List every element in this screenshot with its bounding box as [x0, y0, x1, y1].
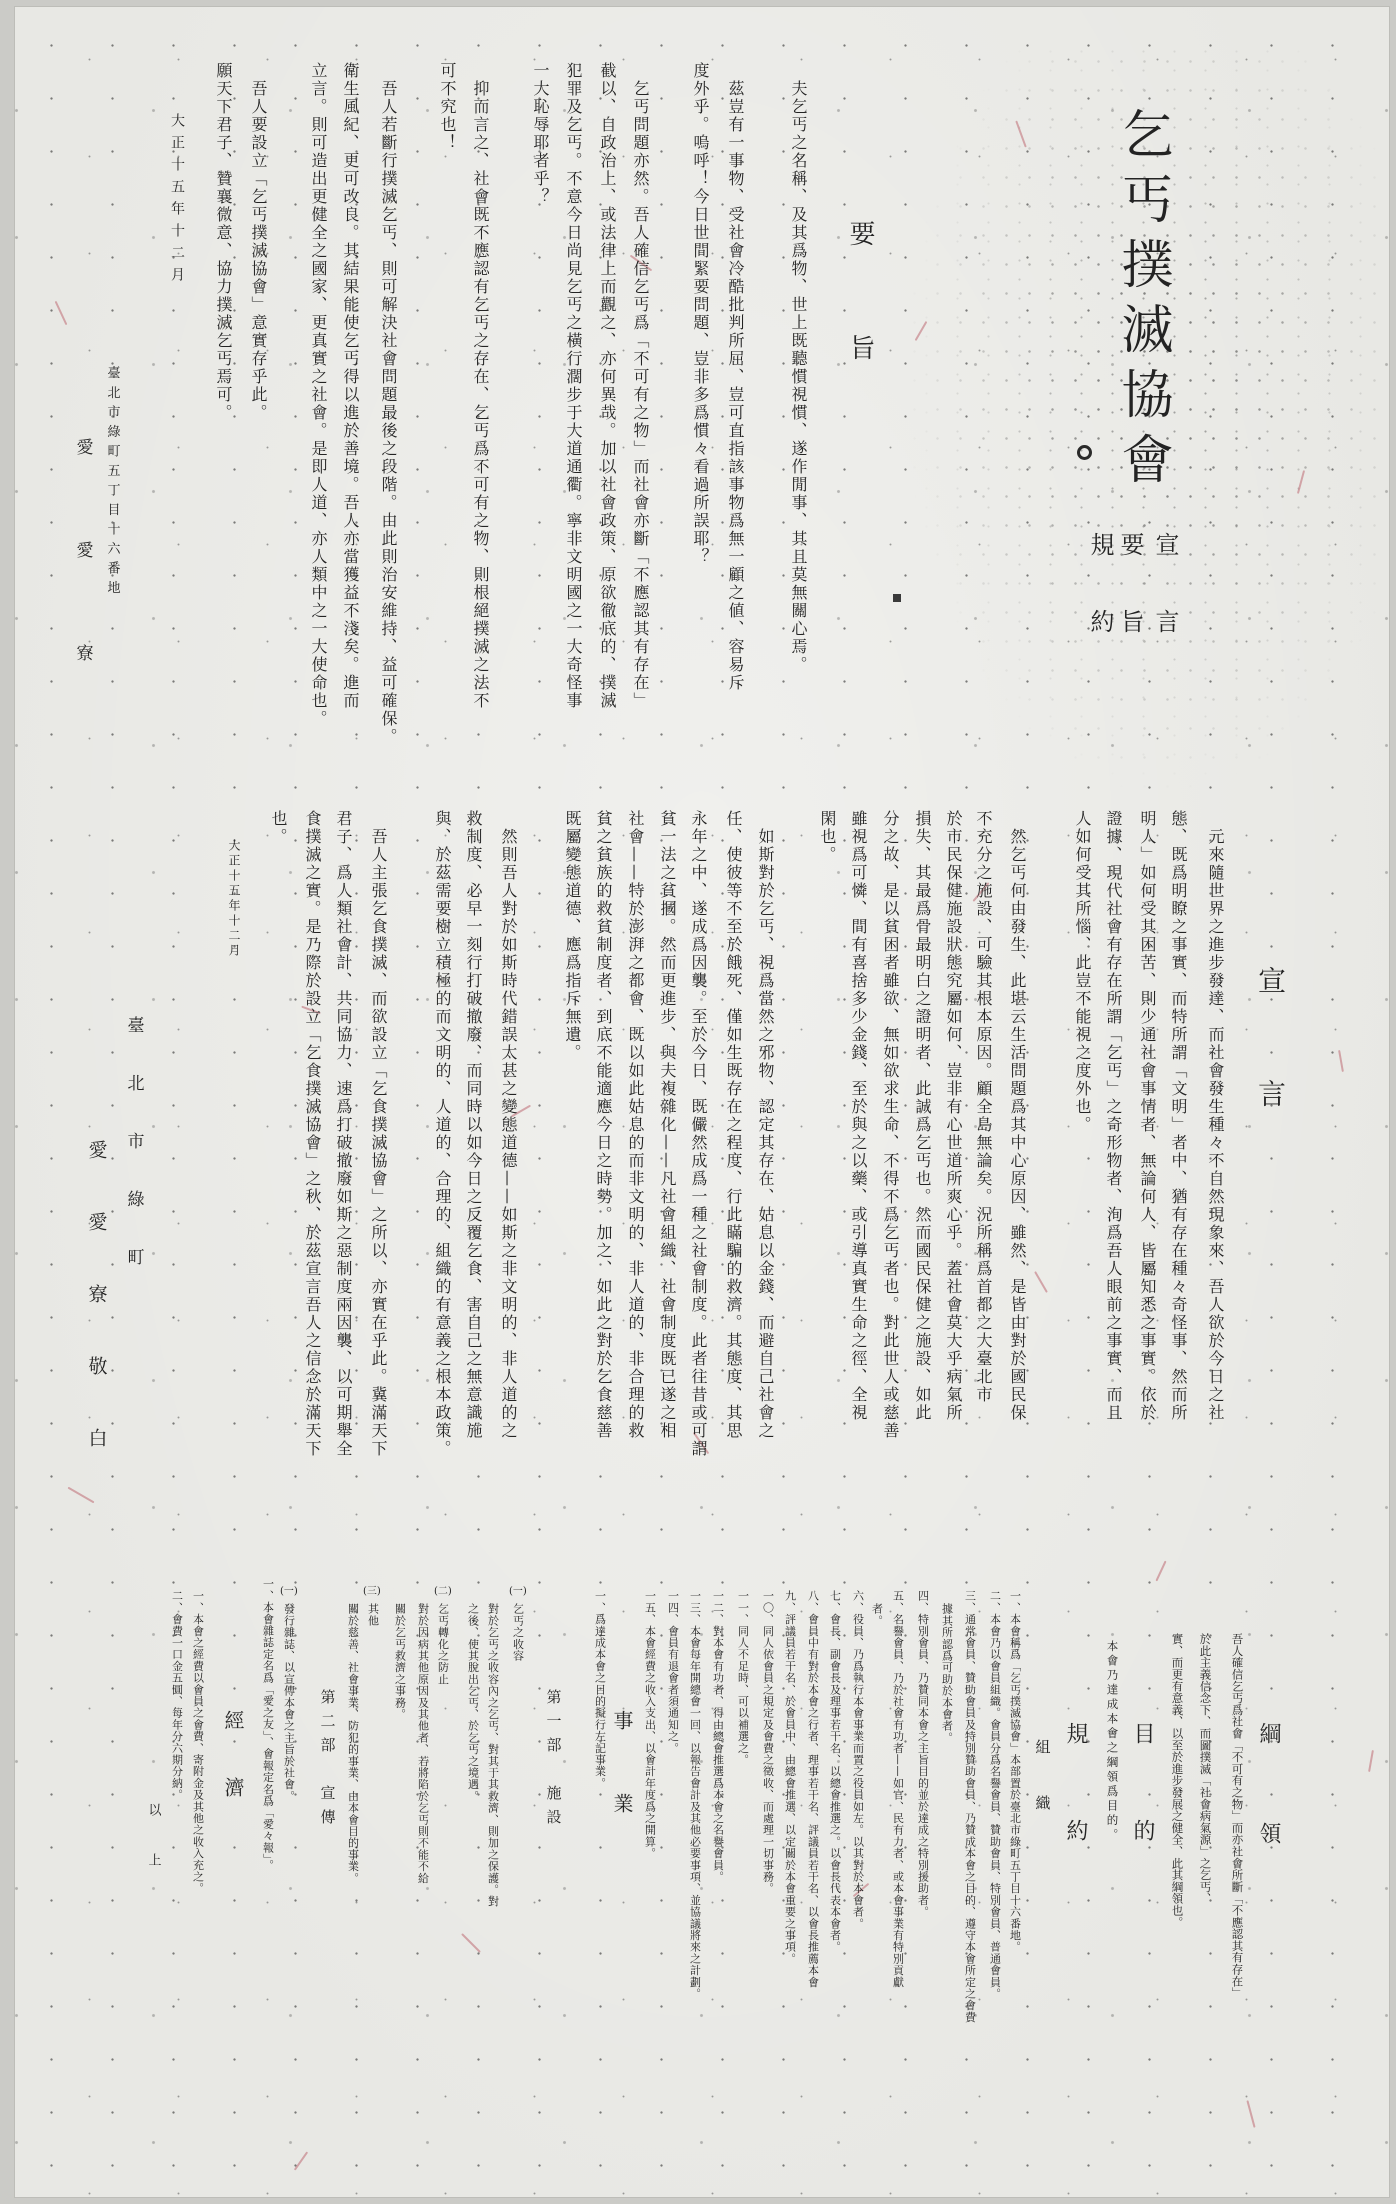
- print-mark: [893, 594, 901, 602]
- declaration-column: 閑也。: [819, 810, 835, 864]
- finance-item: 一、本會之經費以會員之會費、寄附金及其他之收入充之。: [193, 1590, 204, 1894]
- declaration-column: 貧之貧族的救貧制度者、到底不能適應今日之時勢。加之、如此之對於乞食慈善: [595, 810, 611, 1440]
- declaration-column: 任、使彼等不至於餓死、僅如生既存在之程度、行此瞞騙的救濟。其態度、其思: [725, 810, 741, 1440]
- declaration-column: 證據、現代社會有存在所謂「乞丐」之奇形物者、洵爲吾人眼前之事實、而且: [1105, 810, 1121, 1422]
- summary-date: 大正十五年十二月: [170, 113, 184, 289]
- declaration-signature: 愛愛寮敬白: [87, 1140, 106, 1500]
- declaration-column: 吾人主張乞食撲滅、而欲設立「乞食撲滅協會」之所以、亦實在乎此。冀滿天下: [370, 828, 386, 1458]
- bylaw-item: 一五、本會經費之收入支出、以會計年度爲之開算。: [645, 1590, 656, 1859]
- bylaw-item: 七、會長、副會長及理事若干名、以總會推選之。以會長代表本會者。: [830, 1590, 841, 1953]
- bylaw-item: 者。: [872, 1603, 883, 1626]
- principles-heading: 綱領: [1257, 1722, 1279, 1922]
- summary-column: 可不究也！: [439, 62, 455, 152]
- business-item-text: 對於乞丐之收容內之乞丐、對其于其救濟、則加之保護。對: [488, 1603, 499, 1907]
- declaration-column: 雖視爲可憐、間有喜捨多少金錢、至於與之以藥、或引導真實生命之徑、全視: [850, 810, 866, 1422]
- declaration-column: 如斯對於乞丐、視爲當然之邪物、認定其存在、姑息以金錢、而避自己社會之: [757, 828, 773, 1440]
- business-item-label: (三): [363, 1587, 381, 1597]
- contents-item-summary: 要旨: [1118, 532, 1142, 686]
- business-item-text: 對於因病其他原因及其他者、若將陷於乞丐則不能不給: [418, 1603, 429, 1884]
- declaration-column: 社會——特於澎湃之都會、既以如此姑息的而非文明的、非人道的、非合理的救: [627, 810, 643, 1440]
- declaration-column: 永年之中、遂成爲因襲。至於今日、既儼然成爲一種之社會制度。此者往昔或可謂: [690, 810, 706, 1458]
- declaration-column: 分之故、是以貧困者雖欲、無如欲求生命、不得不爲乞丐者也。對此世人或慈善: [882, 810, 898, 1440]
- declaration-column: 然則吾人對於如斯時代錯誤太甚之變態道德——如斯之非文明的、非人道的之: [500, 828, 516, 1440]
- declaration-column: 損失、其最爲骨最明白之證明者、此誠爲乞丐也。然而國民保健之施設、如此: [914, 810, 930, 1422]
- contents-item-regulations: 規約: [1088, 532, 1112, 686]
- summary-column: 一大恥辱耶者乎？: [532, 62, 548, 206]
- declaration-column: 與、於茲需要樹立積極的而文明的、人道的、合理的、組織的有意義之根本政策。: [434, 810, 450, 1458]
- summary-column: 吾人要設立「乞丐撲滅協會」意實存乎此。: [250, 80, 266, 422]
- purpose-heading: 目的: [1131, 1722, 1153, 1916]
- bylaw-item: 一一、同人不足時、可以補選之。: [738, 1590, 749, 1766]
- business-part1-heading: 第一部 施設: [546, 1689, 561, 1833]
- summary-column: 乞丐問題亦然。吾人確信乞丐爲「不可有之物」而社會亦斷「不應認其有存在」: [632, 80, 648, 710]
- business-item-label: (一): [280, 1587, 298, 1597]
- bylaw-item: 一、本會稱爲「乞丐撲滅協會」本部置於臺北市綠町五丁目十六番地。: [1010, 1590, 1021, 1953]
- business-intro: 一、爲達成本會之目的擬行左記事業。: [595, 1590, 606, 1789]
- summary-column: 度外乎。嗚呼！今日世間緊要問題、豈非多爲慣々看過所誤耶？: [692, 62, 708, 566]
- declaration-column: 食撲滅之實。是乃際於設立「乞食撲滅協會」之秋、於茲宣言吾人之信念於滿天下: [304, 810, 320, 1458]
- business-item-text: 關於慈善、社會事業、防犯的事業、由本會目的事業。: [348, 1603, 359, 1884]
- purpose-column: 本會乃達成本會之綱領爲目的。: [1106, 1640, 1118, 1843]
- bylaws-heading: 規約: [1064, 1722, 1086, 1916]
- bylaw-item: 據其所認爲可助於本會者。: [942, 1603, 953, 1743]
- bylaw-item: 三、通常會員、贊助會員及特別贊助會員、乃贊成本會之目的、遵守本會所定之會費: [965, 1590, 976, 2023]
- business-item-title: 乞丐之收容: [513, 1603, 524, 1662]
- summary-heading: 要旨: [847, 220, 873, 448]
- declaration-column: 明人」如何受其困苦、則少通社會事情者、無論何人、皆屬知悉之事實。依於: [1139, 810, 1155, 1422]
- summary-column: 立言。則可造出更健全之國家、更真實之社會。是即人道、亦人類中之一大使命也。: [310, 62, 326, 728]
- declaration-column: 君子、爲人類社會計、共同協力、速爲打破撤廢如斯之惡制度兩因襲、以可期舉全: [335, 810, 351, 1458]
- bylaw-item: 九、評議員若干名、於會員中、由總會推選、以定關於本會重要之事項。: [785, 1590, 796, 1964]
- business-heading: 事業: [612, 1710, 632, 1876]
- declaration-column: 然乞丐何由發生、此堪云生活問題爲其中心原因、雖然、是皆由對於國民保: [1009, 828, 1025, 1422]
- business-item-text: 發行雜誌、以宣傳本會之主旨於社會。: [284, 1603, 295, 1802]
- business-item-text: 之後、使其脫出乞丐、於乞丐之境遇。: [468, 1603, 479, 1802]
- bylaw-item: 八、會員中有對於本會之行者、理事若干名、評議員若干名、以會長推薦本會: [808, 1590, 819, 1988]
- bylaw-item: 五、名譽會員、乃於社會有功者——如官、民有力者、或本會事業有特別貢獻: [893, 1590, 904, 1988]
- principles-column: 吾人確信乞丐爲社會「不可有之物」而亦社會所斷「不應認其有存在」: [1231, 1633, 1243, 1999]
- business-item-label: (一): [509, 1587, 527, 1597]
- summary-column: 抑而言之、社會既不應認有乞丐之存在、乞丐爲不可有之物、則根絕撲滅之法不: [472, 80, 488, 710]
- contents-item-declaration: 宣言: [1153, 532, 1177, 686]
- business-part2-heading: 第二部 宣傳: [320, 1689, 335, 1833]
- declaration-column: 元來隨世界之進步發達、而社會發生種々不自然現象來、吾人欲於今日之社: [1207, 828, 1223, 1422]
- bylaw-item: 一〇、同人依會員之規定及會費之徵收、而處理一切事務。: [763, 1590, 774, 1894]
- summary-column: 犯罪及乞丐。不意今日尚見乞丐之橫行濶步于大道通衢。寧非文明國之一大奇怪事: [565, 62, 581, 710]
- finance-heading: 經濟: [223, 1710, 243, 1844]
- document-title: 乞丐撲滅協會: [1116, 107, 1168, 497]
- declaration-column: 於市民保健施設狀態究屬如何、豈非有心世道所爽心乎。蓋社會莫大乎病氣所: [945, 810, 961, 1422]
- bylaw-item: 六、役員、乃爲執行本會事業而置之役員如左。以其對於本會者。: [853, 1590, 864, 1929]
- summary-column: 截以、自政治上、或法律上而觀之、亦何異哉。加以社會政策、原欲徹底的、撲滅: [599, 62, 615, 710]
- declaration-address: 臺北市綠町: [125, 1016, 142, 1306]
- business-item-text: 關於乞丐救濟之事務。: [395, 1603, 406, 1720]
- declaration-column: 態、既爲明瞭之事實、而特所謂「文明」者中、猶有存在種々奇怪事、然而所: [1170, 810, 1186, 1422]
- bylaw-item: 一二、對本會有功者、得由總會推選爲本會之名譽會員。: [713, 1590, 724, 1883]
- summary-column: 茲豈有一事物、受社會冷酷批判所屈、豈可直指該事物爲無一顧之値、容易斥: [727, 80, 743, 692]
- organization-heading: 組織: [1035, 1739, 1050, 1851]
- declaration-heading: 宣言: [1256, 966, 1284, 1192]
- business-item-title: 其他: [368, 1603, 379, 1626]
- summary-issuer: 愛愛寮: [74, 438, 91, 747]
- business-part2-note: 一、本會雜誌定名爲「愛之友」、會報定名爲「愛々報」。: [263, 1578, 274, 1871]
- principles-column: 於此主義信念下、而圖撲滅「社會病氣源」之乞丐、: [1199, 1633, 1211, 1904]
- declaration-column: 救制度、必早一刻行打破撤廢、而同時以如今日之反覆乞食、害自己之無意識施: [465, 810, 481, 1440]
- bylaw-item: 一四、會員有退會者須通知之。: [668, 1590, 679, 1754]
- declaration-column: 貧一法之貧摑。然而更進步、與夫複雜化——凡社會組織、社會制度既已遂之相: [659, 810, 675, 1440]
- title-circle-mark: [1077, 445, 1092, 460]
- business-item-label: (二): [434, 1587, 452, 1597]
- bylaw-item: 四、特別會員、乃贊同本會之主旨目的並於達成之特別援助者。: [918, 1590, 929, 1918]
- summary-address: 臺北市綠町五丁目十六番地: [106, 366, 119, 600]
- bylaw-item: 二、本會乃以會員組織。會員分爲名譽會員、贊助會員、特別會員、普通會員。: [990, 1590, 1001, 2000]
- finance-item: 二、會費一口金五圓、每年分六期分納。: [172, 1590, 183, 1801]
- declaration-column: 既屬變態道德、應爲指斥無遺。: [564, 810, 580, 1062]
- summary-column: 夫乞丐之名稱、及其爲物、世上既聽慣視慣、遂作閒事、其且莫無關心焉。: [790, 80, 806, 674]
- summary-column: 衛生風紀、更可改良。其結果能使乞丐得以進於善境。吾人亦當獲益不淺矣。進而: [342, 62, 358, 710]
- summary-column: 願天下君子、贊襄微意、協力撲滅乞丐焉可。: [215, 62, 231, 422]
- declaration-column: 也。: [270, 810, 286, 846]
- business-item-title: 乞丐轉化之防止: [438, 1603, 449, 1685]
- closing-mark: 以上: [147, 1803, 160, 1903]
- declaration-column: 不充分之施設、可驗其根本原因。顧全島無論矣。況所稱爲首都之大臺北市: [975, 810, 991, 1404]
- declaration-column: 人如何受其所惱、此豈不能視之度外也。: [1074, 810, 1090, 1134]
- summary-column: 吾人若斷行撲滅乞丐、則可解決社會問題最後之段階。由此則治安維持、益可確保。: [380, 80, 396, 746]
- bylaw-item: 一三、本會每年開總會一回、以報告會計及其他必要事項、並協議將來之計劃。: [690, 1590, 701, 2000]
- principles-column: 實、而更有意義、以至於進步發展之健全、此其綱領也。: [1171, 1633, 1183, 1928]
- declaration-date: 大正十五年十二月: [228, 839, 240, 959]
